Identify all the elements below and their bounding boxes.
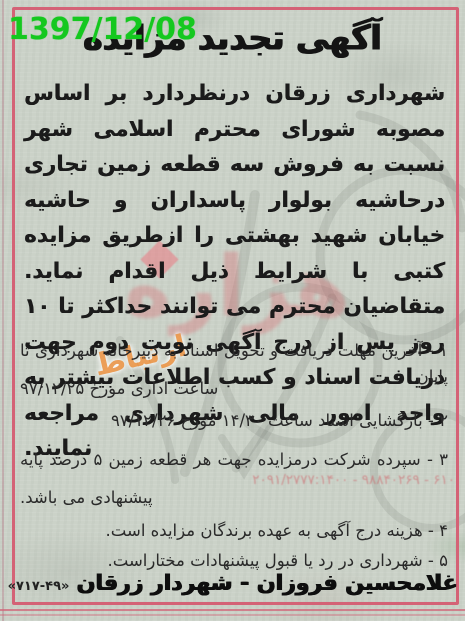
mayor-signature: غلامحسین فروزان - شهردار زرقان [76,571,457,596]
ad-code: «۷۱۷-۴۹» [8,579,70,594]
newspaper-scan: { "page": { "paper_color": "#cbd2c8", "f… [0,0,465,621]
bottom-rule-primary [0,609,465,611]
condition-1-line-2: ساعت اداری مورخ ۹۷/۱۲/۲۵ [20,376,448,402]
bottom-rule-secondary [0,614,465,616]
condition-4: ۴ - هزینه درج آگهی به عهده برندگان مزاید… [20,518,448,544]
signature-row: غلامحسین فروزان - شهردار زرقان «۷۱۷-۴۹» [0,571,465,596]
column-rule-left [2,0,4,621]
condition-3-line-2: پیشنهادی می باشد. [20,485,448,511]
condition-3-line-1: ۳ - سپرده شرکت درمزایده جهت هر قطعه زمین… [20,447,448,473]
condition-2: ۲ - بازگشایی اسناد ساعت ۱۴/۳۰ مورخ ۹۷/۱۲… [20,408,448,434]
date-stamp: 1397/12/08 [8,12,197,47]
